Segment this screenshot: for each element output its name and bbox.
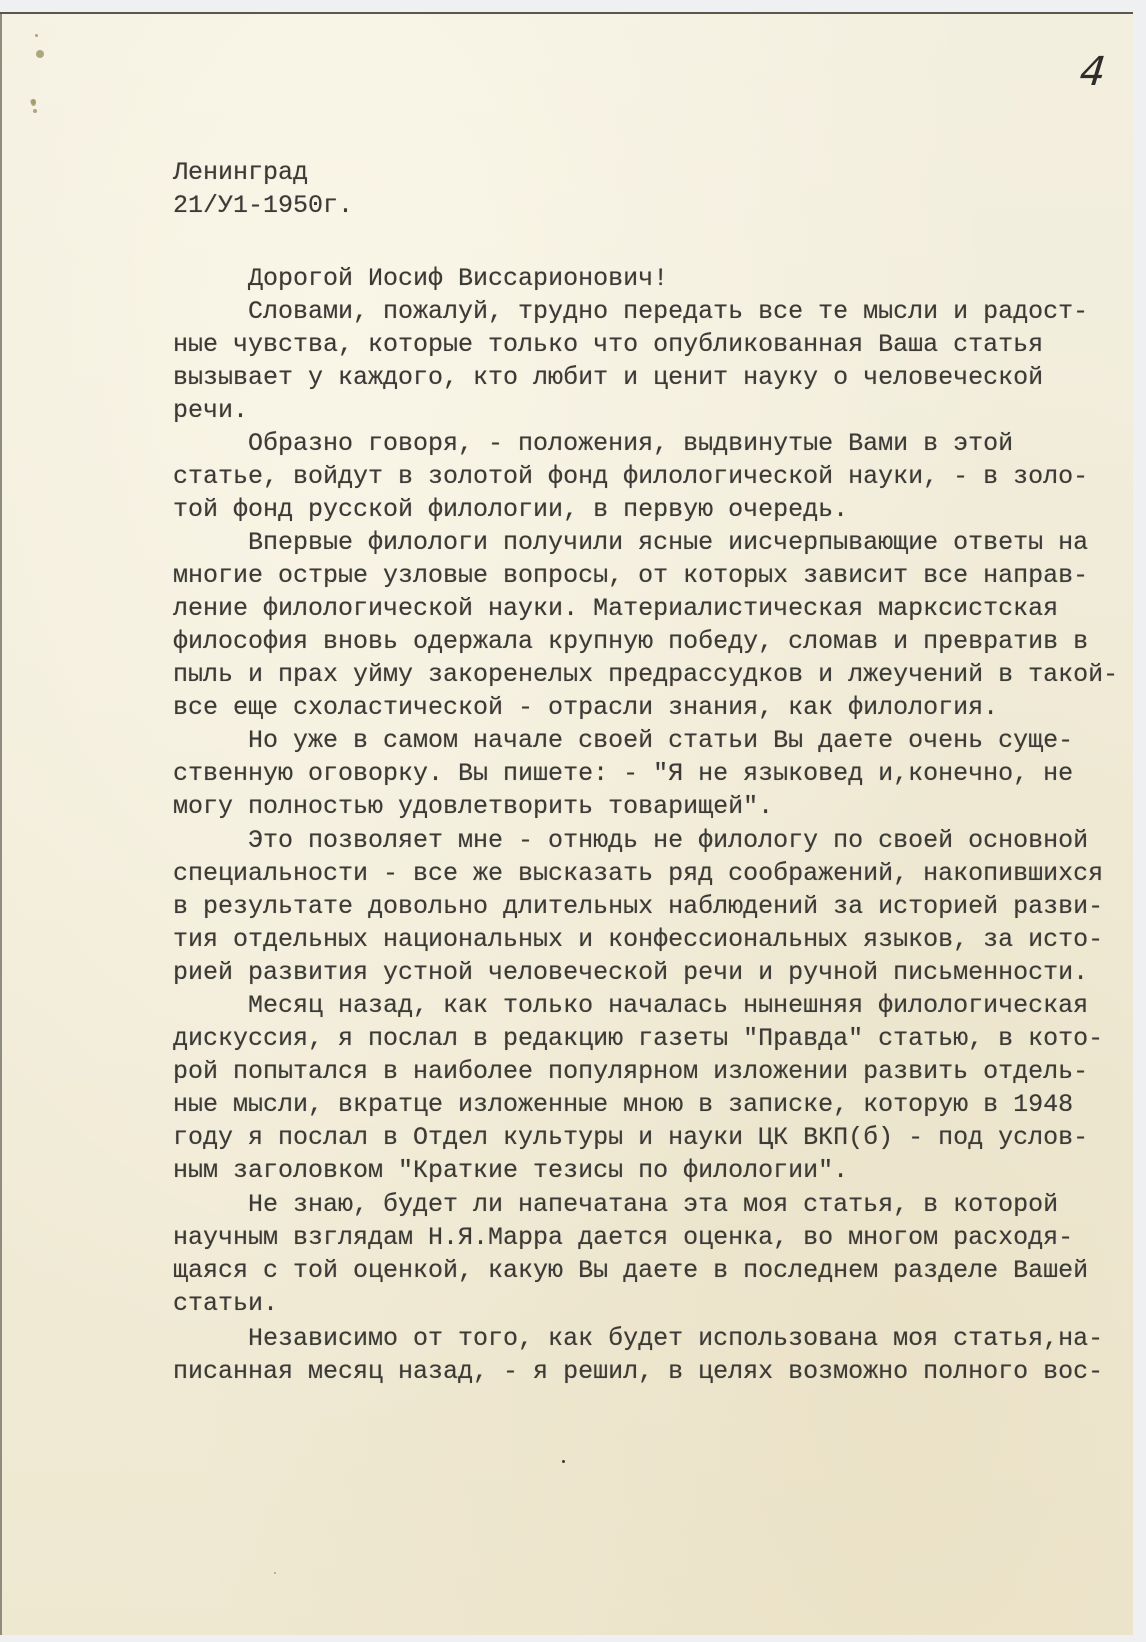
text-line: многие острые узловые вопросы, от которы… [173,559,1088,592]
text-line: Месяц назад, как только началась нынешня… [173,989,1088,1022]
text-line: году я послал в Отдел культуры и науки Ц… [173,1121,1088,1154]
text-line: той фонд русской филологии, в первую оче… [173,493,848,526]
salutation: Дорогой Иосиф Виссарионович! [173,262,668,295]
text-line: в результате довольно длительных наблюде… [173,890,1103,923]
text-line: научным взглядам Н.Я.Марра дается оценка… [173,1221,1073,1254]
text-line: Словами, пожалуй, трудно передать все те… [173,295,1088,328]
text-line: статьи. [173,1287,278,1320]
text-line: речи. [173,394,248,427]
ink-speck [274,1572,276,1574]
text-line: ление филологической науки. Материалисти… [173,592,1058,625]
text-line: специальности - все же высказать ряд соо… [173,857,1103,890]
text-line: ные мысли, вкратце изложенные мною в зап… [173,1088,1073,1121]
text-line: статье, войдут в золотой фонд филологиче… [173,460,1088,493]
text-line: Это позволяет мне - отнюдь не филологу п… [173,824,1088,857]
text-line: пыль и прах уйму закоренелых предрассудк… [173,658,1118,691]
text-line: Впервые филологи получили ясные иисчерпы… [173,526,1088,559]
page-number: 4 [1078,52,1108,92]
punch-hole [35,34,38,37]
text-line: ным заголовком "Краткие тезисы по филоло… [173,1154,848,1187]
salutation-text: Дорогой Иосиф Виссарионович! [248,264,668,293]
text-line: ственную оговорку. Вы пишете: - "Я не яз… [173,757,1073,790]
letter-body: Ленинград 21/У1-1950г. Дорогой Иосиф Вис… [173,0,203,1305]
text-line: рией развития устной человеческой речи и… [173,956,1088,989]
text-line: дискуссия, я послал в редакцию газеты "П… [173,1022,1103,1055]
text-line: писанная месяц назад, - я решил, в целях… [173,1355,1103,1388]
text-line: ные чувства, которые только что опублико… [173,328,1043,361]
text-line: щаяся с той оценкой, какую Вы даете в по… [173,1254,1088,1287]
text-line: тия отдельных национальных и конфессиона… [173,923,1103,956]
text-line: вызывает у каждого, кто любит и ценит на… [173,361,1043,394]
text-line: Независимо от того, как будет использова… [173,1322,1103,1355]
text-line: рой попытался в наиболее популярном изло… [173,1055,1088,1088]
punch-hole [30,99,36,104]
text-line: Но уже в самом начале своей статьи Вы да… [173,724,1073,757]
text-line: все еще схоластической - отрасли знания,… [173,691,998,724]
date-line: 21/У1-1950г. [173,189,353,222]
text-line: философия вновь одержала крупную победу,… [173,625,1088,658]
salutation-indent [173,264,248,293]
ink-speck [562,1460,565,1463]
place-line: Ленинград [173,156,308,189]
text-line: Не знаю, будет ли напечатана эта моя ста… [173,1188,1058,1221]
punch-hole [36,50,44,58]
punch-hole [33,109,37,113]
text-line: Образно говоря, - положения, выдвинутые … [173,427,1013,460]
text-line: могу полностью удовлетворить товарищей". [173,790,773,823]
